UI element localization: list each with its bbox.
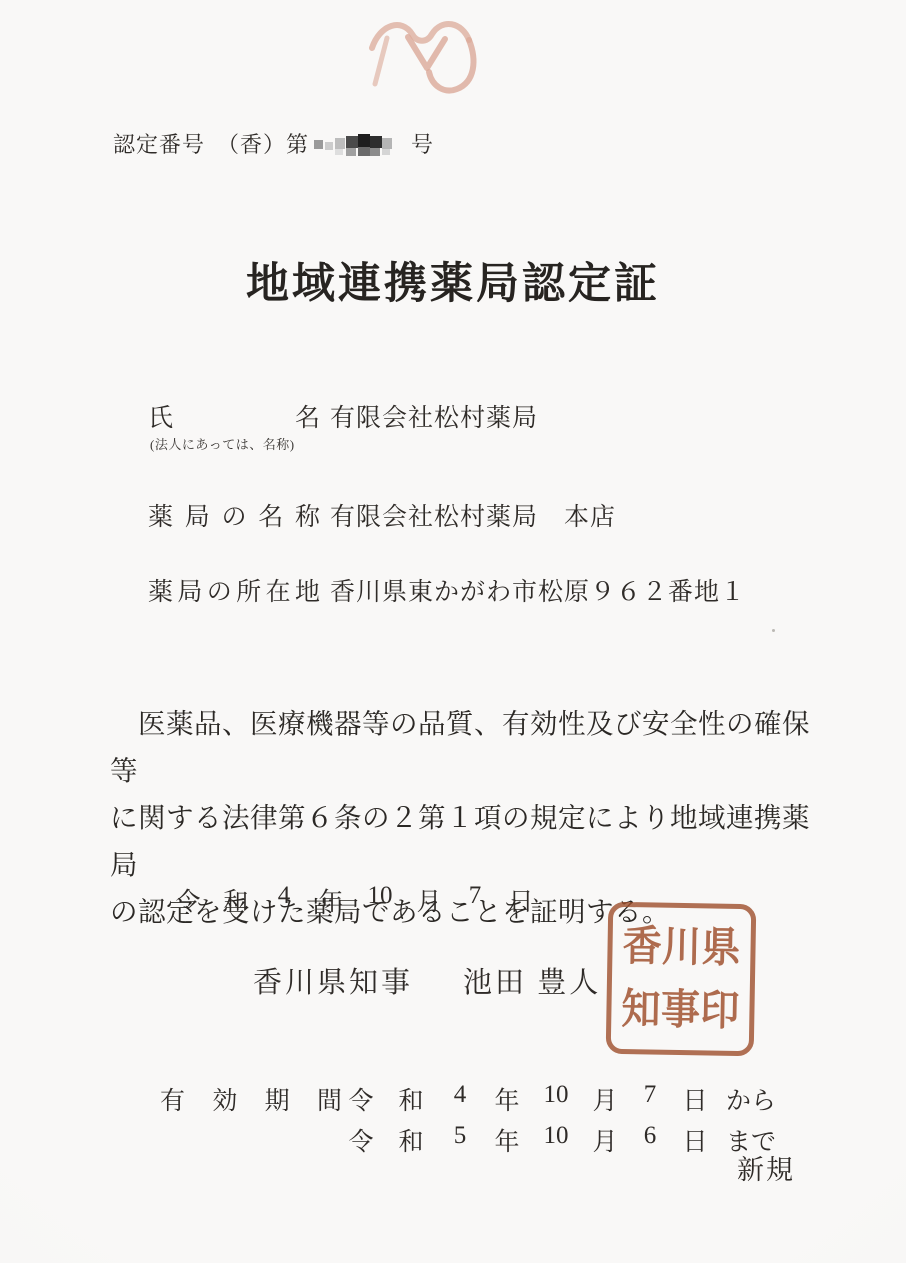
issue-date: 令和4年10月7日 bbox=[164, 882, 544, 918]
body-line-1: 医薬品、医療機器等の品質、有効性及び安全性の確保等 bbox=[110, 700, 830, 794]
name-field-row: 氏名 有限会社松村薬局 bbox=[148, 398, 538, 434]
validity-period-from: 令和4年10月7日から bbox=[336, 1081, 784, 1117]
address-field-value: 香川県東かがわ市松原９６２番地１ bbox=[330, 572, 746, 608]
scan-speck bbox=[772, 629, 775, 632]
name-field-label: 氏名 bbox=[148, 398, 320, 434]
certification-number-prefix: 認定番号 （香）第 bbox=[113, 132, 309, 157]
certificate-title: 地域連携薬局認定証 bbox=[0, 250, 906, 311]
pharmacy-name-field-value: 有限会社松村薬局 本店 bbox=[330, 497, 616, 533]
certification-number-line: 認定番号 （香）第 号 bbox=[113, 128, 434, 159]
pharmacy-name-field-row: 薬局の名称 有限会社松村薬局 本店 bbox=[148, 497, 616, 533]
validity-period-label: 有効期間 bbox=[160, 1081, 342, 1117]
governor-seal: 香川県 知事印 bbox=[606, 902, 757, 1057]
certification-number-suffix: 号 bbox=[411, 132, 434, 157]
issuer-name: 池田 豊人 bbox=[463, 960, 601, 1001]
body-line-2: に関する法律第６条の２第１項の規定により地域連携薬局 bbox=[110, 794, 830, 888]
governor-seal-row-1: 香川県 bbox=[622, 927, 741, 968]
name-field-value: 有限会社松村薬局 bbox=[330, 398, 538, 434]
validity-period-to: 令和5年10月6日まで bbox=[336, 1122, 784, 1158]
address-field-label: 薬局の所在地 bbox=[148, 572, 320, 608]
redacted-number-mosaic bbox=[312, 131, 408, 159]
address-field-row: 薬局の所在地 香川県東かがわ市松原９６２番地１ bbox=[148, 572, 746, 608]
application-category: 新規 bbox=[737, 1148, 795, 1187]
partial-red-stamp-icon bbox=[356, 4, 506, 106]
name-field-note: (法人にあっては、名称) bbox=[150, 434, 295, 453]
pharmacy-name-field-label: 薬局の名称 bbox=[148, 497, 320, 533]
governor-seal-row-2: 知事印 bbox=[621, 990, 740, 1031]
issuer-title: 香川県知事 bbox=[253, 960, 413, 1001]
certificate-document: 認定番号 （香）第 号 地域連携薬局認定証 氏名 有限会社松村薬局 (法人にあっ… bbox=[0, 0, 906, 1263]
